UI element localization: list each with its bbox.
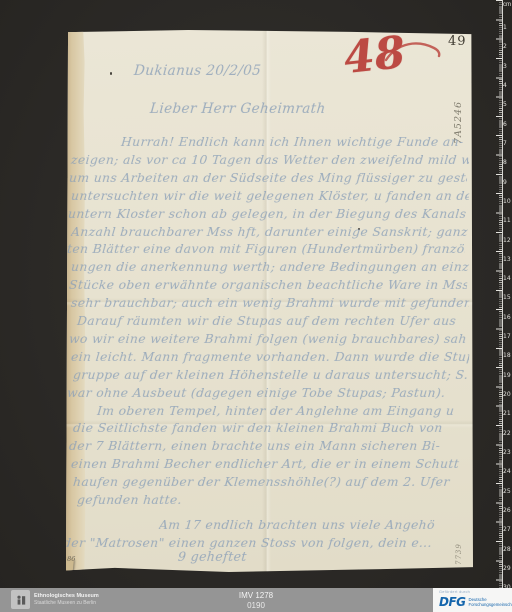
- letter-body-line: sehr brauchbar; auch ein wenig Brahmi wu…: [70, 296, 469, 312]
- ruler-number: 22: [503, 430, 511, 437]
- letter-body-line: die Seitlichste fanden wir den kleinen B…: [72, 421, 443, 437]
- ruler-number: 19: [503, 372, 511, 379]
- ruler-number: 14: [503, 275, 511, 282]
- ruler-number: 18: [503, 352, 511, 359]
- cm-ruler: cm 1234567891011121314151617181920212223…: [495, 0, 512, 588]
- letter-dateline: Dukianus 20/2/05: [133, 63, 262, 79]
- ruler-number: 20: [503, 391, 511, 398]
- letter-body-line: ein leicht. Mann fragmente vorhanden. Da…: [70, 350, 469, 366]
- letter-body-line: Im oberen Tempel, hinter der Anglehne am…: [96, 404, 455, 420]
- paper-speck: [110, 72, 112, 75]
- letter-body-line: untersuchten wir die weit gelegenen Klös…: [70, 189, 469, 205]
- letter-body-line: gefunden hatte.: [76, 493, 182, 509]
- ruler-number: 16: [503, 314, 511, 321]
- letter-body-line: ten Blätter eine davon mit Figuren (Hund…: [66, 242, 465, 258]
- ruler-number: 8: [503, 159, 511, 166]
- ruler-number: 7: [503, 140, 511, 147]
- letter-body-line: Hurrah! Endlich kann ich Ihnen wichtige …: [120, 135, 464, 151]
- letter-salutation: Lieber Herr Geheimrath: [149, 101, 326, 117]
- ruler-number: 21: [503, 410, 511, 417]
- ruler-number: 10: [503, 198, 511, 205]
- ruler-number: 29: [503, 565, 511, 572]
- ruler-number: 3: [503, 63, 511, 70]
- letter-body-line: untern Kloster schon ab gelegen, in der …: [67, 207, 466, 223]
- dfg-logo: DFG: [439, 595, 466, 609]
- ruler-number: 26: [503, 507, 511, 514]
- vertical-bottom-mark: 7739: [455, 535, 463, 565]
- letter-body-line: Am 17 endlich brachten uns viele Angehö: [158, 518, 435, 534]
- ruler-number: 15: [503, 294, 511, 301]
- letter-body-line: Stücke oben erwähnte organischen beachtl…: [68, 278, 467, 294]
- letter-body-line: gruppe auf der kleinen Höhenstelle u dar…: [72, 368, 469, 384]
- ruler-unit-label: cm: [503, 2, 511, 8]
- ruler-number: 23: [503, 449, 511, 456]
- ruler-number: 13: [503, 256, 511, 263]
- ruler-number: 5: [503, 101, 511, 108]
- letter-body-line: war ohne Ausbeut (dagegen einige Tobe St…: [66, 386, 446, 402]
- ruler-number: 1: [503, 24, 511, 31]
- footer-bar: Ethnologisches Museum Staatliche Museen …: [0, 588, 512, 612]
- letter-scan: 48 49 7A5246 7739 186 Dukianus 20/2/05 L…: [66, 30, 473, 572]
- letter-body-line: Anzahl brauchbarer Mss hft, darunter ein…: [70, 225, 469, 241]
- ruler-number: 17: [503, 333, 511, 340]
- ruler-number: 25: [503, 488, 511, 495]
- printed-page-number: 49: [448, 34, 467, 49]
- letter-body-line: wo wir eine weitere Brahmi folgen (wenig…: [68, 332, 467, 348]
- ruler-number: 2: [503, 43, 511, 50]
- letter-closing-line: 9 geheftet: [177, 549, 247, 564]
- letter-body-line: der 7 Blättern, einen brachte uns ein Ma…: [68, 439, 441, 455]
- ruler-number: 6: [503, 121, 511, 128]
- letter-body-line: ungen die anerkennung werth; andere Bedi…: [70, 260, 469, 276]
- ruler-number: 24: [503, 468, 511, 475]
- funder-name-line2: Forschungsgemeinschaft: [469, 602, 512, 607]
- letter-body-line: haufen gegenüber der Klemensshöhle(?) au…: [72, 475, 450, 491]
- ruler-number: 11: [503, 217, 511, 224]
- pencil-margin-note: 186: [63, 555, 75, 563]
- letter-body-line: um uns Arbeiten an der Südseite des Ming…: [68, 171, 467, 187]
- ruler-number: 12: [503, 237, 511, 244]
- ruler-number: 4: [503, 82, 511, 89]
- funder-block: Gefördert durch DFG Deutsche Forschungsg…: [433, 588, 512, 612]
- ruler-number: 28: [503, 546, 511, 553]
- ruler-number: 9: [503, 179, 511, 186]
- ruler-number: 27: [503, 526, 511, 533]
- letter-body-line: Darauf räumten wir die Stupas auf dem re…: [76, 314, 457, 330]
- red-folio-flourish: [384, 38, 444, 68]
- letter-body-line: zeigen; als vor ca 10 Tagen das Wetter d…: [70, 153, 469, 169]
- letter-body-line: einen Brahmi Becher endlicher Art, die e…: [70, 457, 459, 473]
